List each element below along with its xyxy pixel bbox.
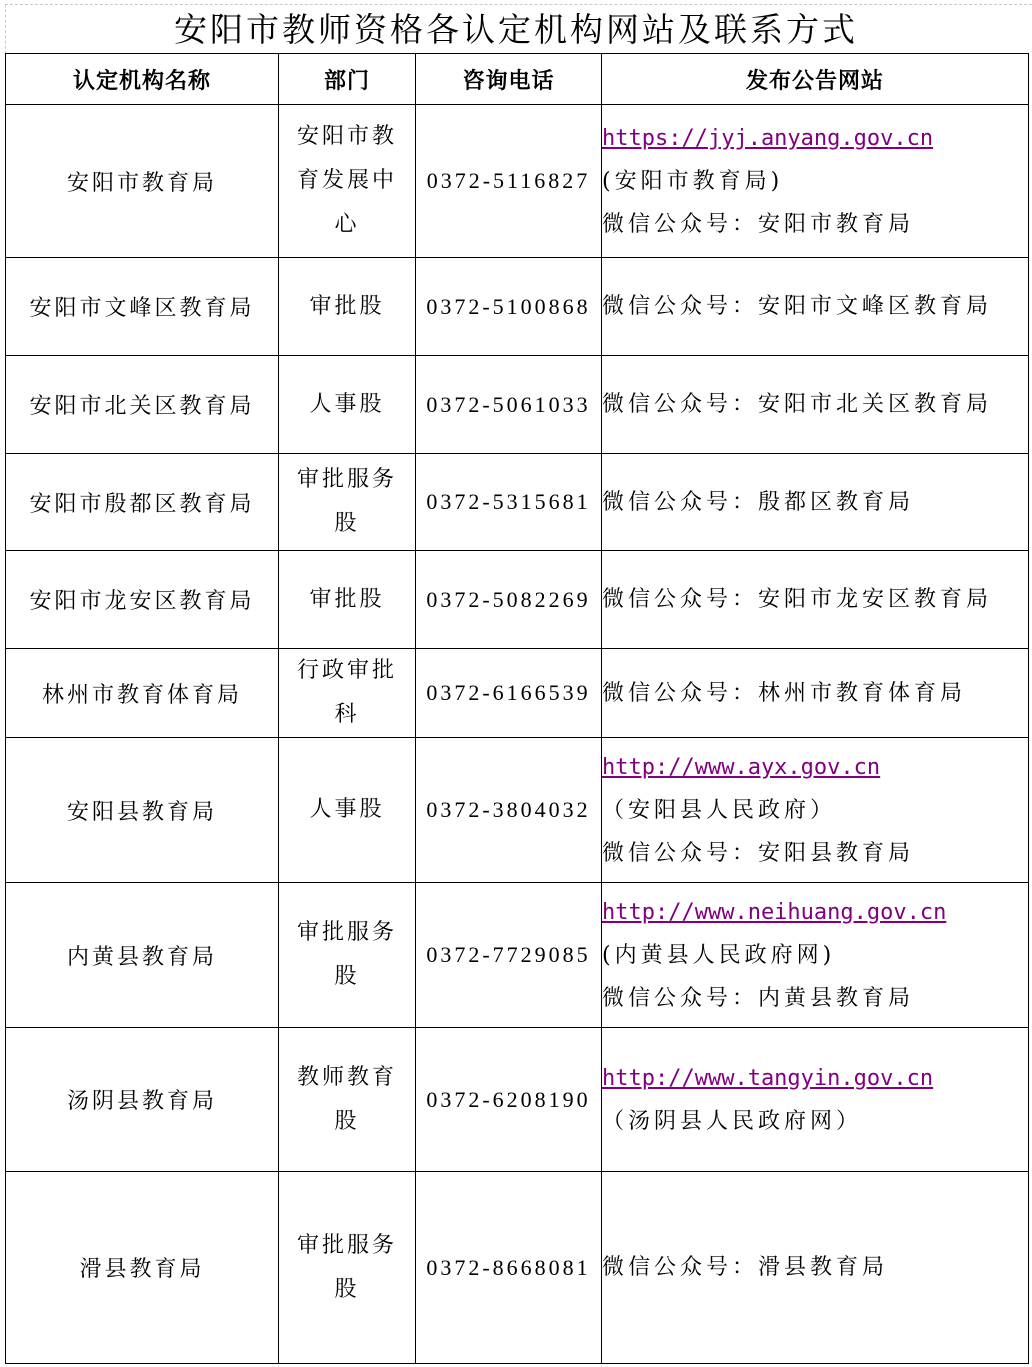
- header-department: 部门: [279, 54, 416, 105]
- website-cell: 微信公众号：安阳市龙安区教育局: [602, 551, 1029, 649]
- wechat-account: 微信公众号：内黄县教育局: [602, 977, 1028, 1020]
- table-row: 滑县教育局 审批服务股 0372-8668081 微信公众号：滑县教育局: [6, 1172, 1029, 1364]
- phone: 0372-5100868: [416, 258, 602, 356]
- department-cell: 审批服务股: [279, 883, 416, 1028]
- department-cell: 人事股: [279, 356, 416, 454]
- department: 审批服务股: [291, 911, 403, 999]
- table-row: 安阳市教育局 安阳市教育发展中心 0372-5116827 https://jy…: [6, 105, 1029, 258]
- department-cell: 审批服务股: [279, 1172, 416, 1364]
- department-cell: 行政审批科: [279, 649, 416, 738]
- phone: 0372-5061033: [416, 356, 602, 454]
- phone: 0372-5315681: [416, 454, 602, 551]
- institution-name: 汤阴县教育局: [6, 1028, 279, 1172]
- table-row: 内黄县教育局 审批服务股 0372-7729085 http://www.nei…: [6, 883, 1029, 1028]
- website-link[interactable]: http://www.tangyin.gov.cn: [602, 1057, 1028, 1100]
- table-row: 安阳市龙安区教育局 审批股 0372-5082269 微信公众号：安阳市龙安区教…: [6, 551, 1029, 649]
- table-row: 安阳市殷都区教育局 审批服务股 0372-5315681 微信公众号：殷都区教育…: [6, 454, 1029, 551]
- table-row: 汤阴县教育局 教师教育股 0372-6208190 http://www.tan…: [6, 1028, 1029, 1172]
- website-cell: 微信公众号：安阳市北关区教育局: [602, 356, 1029, 454]
- table-row: 安阳市北关区教育局 人事股 0372-5061033 微信公众号：安阳市北关区教…: [6, 356, 1029, 454]
- department: 教师教育股: [291, 1056, 403, 1144]
- wechat-account: 微信公众号：殷都区教育局: [602, 481, 1028, 524]
- institution-name: 林州市教育体育局: [6, 649, 279, 738]
- website-cell: 微信公众号：林州市教育体育局: [602, 649, 1029, 738]
- department-cell: 审批股: [279, 551, 416, 649]
- institution-name: 内黄县教育局: [6, 883, 279, 1028]
- table-header-row: 认定机构名称 部门 咨询电话 发布公告网站: [6, 54, 1029, 105]
- wechat-account: 微信公众号：安阳市北关区教育局: [602, 383, 1028, 426]
- department-cell: 教师教育股: [279, 1028, 416, 1172]
- table-row: 安阳县教育局 人事股 0372-3804032 http://www.ayx.g…: [6, 738, 1029, 883]
- sheet-gridline-top: [5, 4, 1032, 5]
- phone: 0372-6208190: [416, 1028, 602, 1172]
- header-phone: 咨询电话: [416, 54, 602, 105]
- website-cell: 微信公众号：滑县教育局: [602, 1172, 1029, 1364]
- website-note: （安阳县人民政府）: [602, 789, 1028, 832]
- institution-name: 安阳市龙安区教育局: [6, 551, 279, 649]
- website-cell: 微信公众号：殷都区教育局: [602, 454, 1029, 551]
- phone: 0372-5116827: [416, 105, 602, 258]
- wechat-account: 微信公众号：林州市教育体育局: [602, 672, 1028, 715]
- website-cell: 微信公众号：安阳市文峰区教育局: [602, 258, 1029, 356]
- department-cell: 人事股: [279, 738, 416, 883]
- phone: 0372-5082269: [416, 551, 602, 649]
- wechat-account: 微信公众号：安阳市龙安区教育局: [602, 578, 1028, 621]
- website-cell: http://www.ayx.gov.cn （安阳县人民政府） 微信公众号：安阳…: [602, 738, 1029, 883]
- phone: 0372-3804032: [416, 738, 602, 883]
- department-cell: 安阳市教育发展中心: [279, 105, 416, 258]
- department-cell: 审批服务股: [279, 454, 416, 551]
- institution-name: 安阳市北关区教育局: [6, 356, 279, 454]
- page-title: 安阳市教师资格各认定机构网站及联系方式: [5, 6, 1027, 53]
- department-cell: 审批股: [279, 258, 416, 356]
- wechat-account: 微信公众号：滑县教育局: [602, 1246, 1028, 1289]
- department: 人事股: [291, 788, 403, 832]
- website-note: (安阳市教育局): [602, 160, 1028, 203]
- institution-name: 安阳县教育局: [6, 738, 279, 883]
- department: 审批服务股: [291, 1224, 403, 1312]
- department: 审批股: [291, 578, 403, 622]
- website-note: （汤阴县人民政府网）: [602, 1100, 1028, 1143]
- website-link[interactable]: http://www.neihuang.gov.cn: [602, 891, 1028, 934]
- website-cell: http://www.tangyin.gov.cn （汤阴县人民政府网）: [602, 1028, 1029, 1172]
- phone: 0372-8668081: [416, 1172, 602, 1364]
- phone: 0372-7729085: [416, 883, 602, 1028]
- website-cell: https://jyj.anyang.gov.cn (安阳市教育局) 微信公众号…: [602, 105, 1029, 258]
- department: 人事股: [291, 383, 403, 427]
- table-row: 林州市教育体育局 行政审批科 0372-6166539 微信公众号：林州市教育体…: [6, 649, 1029, 738]
- contacts-table: 认定机构名称 部门 咨询电话 发布公告网站 安阳市教育局 安阳市教育发展中心 0…: [5, 53, 1029, 1364]
- wechat-account: 微信公众号：安阳市文峰区教育局: [602, 285, 1028, 328]
- department: 审批服务股: [291, 458, 403, 546]
- department: 行政审批科: [291, 649, 403, 737]
- website-link[interactable]: http://www.ayx.gov.cn: [602, 746, 1028, 789]
- website-link[interactable]: https://jyj.anyang.gov.cn: [602, 117, 1028, 160]
- website-cell: http://www.neihuang.gov.cn (内黄县人民政府网) 微信…: [602, 883, 1029, 1028]
- institution-name: 滑县教育局: [6, 1172, 279, 1364]
- institution-name: 安阳市殷都区教育局: [6, 454, 279, 551]
- phone: 0372-6166539: [416, 649, 602, 738]
- wechat-account: 微信公众号：安阳县教育局: [602, 832, 1028, 875]
- header-institution-name: 认定机构名称: [6, 54, 279, 105]
- table-row: 安阳市文峰区教育局 审批股 0372-5100868 微信公众号：安阳市文峰区教…: [6, 258, 1029, 356]
- institution-name: 安阳市文峰区教育局: [6, 258, 279, 356]
- department: 审批股: [291, 285, 403, 329]
- wechat-account: 微信公众号：安阳市教育局: [602, 203, 1028, 246]
- institution-name: 安阳市教育局: [6, 105, 279, 258]
- header-website: 发布公告网站: [602, 54, 1029, 105]
- website-note: (内黄县人民政府网): [602, 934, 1028, 977]
- department: 安阳市教育发展中心: [291, 115, 403, 247]
